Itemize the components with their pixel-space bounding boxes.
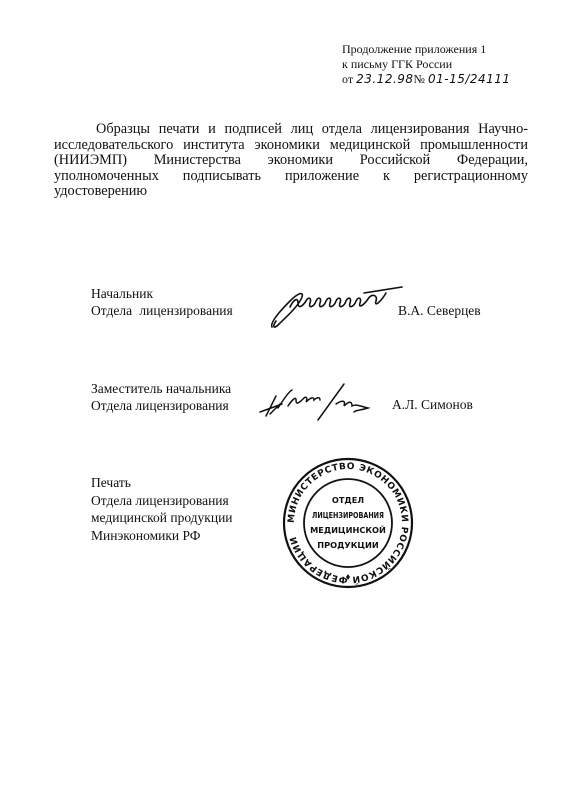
signatory-1-title-line-2: Отдела лицензирования <box>91 302 233 319</box>
letter-number: 01-15/24111 <box>428 72 511 86</box>
stamp-label: Печать Отдела лицензирования медицинской… <box>91 474 233 544</box>
header-line-3: от 23.12.98№ 01-15/24111 <box>342 72 511 87</box>
signatory-1-title-line-1: Начальник <box>91 285 233 302</box>
stamp-inner-line-2: ЛИЦЕНЗИРОВАНИЯ <box>312 510 384 520</box>
signatory-2-name: А.Л. Симонов <box>392 397 473 413</box>
stamp-inner-line-1: ОТДЕЛ <box>332 495 364 505</box>
letter-date: 23.12.98 <box>356 72 413 86</box>
signatory-2-title-line-1: Заместитель начальника <box>91 380 231 397</box>
signature-2-icon <box>258 378 378 428</box>
signature-1-icon <box>268 283 408 333</box>
stamp-label-line-3: медицинской продукции <box>91 509 233 527</box>
number-prefix: № <box>414 72 428 86</box>
document-header: Продолжение приложения 1 к письму ГГК Ро… <box>342 42 511 87</box>
intro-paragraph: Образцы печати и подписей лиц отдела лиц… <box>54 122 528 200</box>
stamp-inner-line-3: МЕДИЦИНСКОЙ <box>310 524 386 535</box>
stamp-label-line-2: Отдела лицензирования <box>91 492 233 510</box>
header-from-prefix: от <box>342 72 356 86</box>
header-line-1: Продолжение приложения 1 <box>342 42 511 57</box>
signatory-2-title-line-2: Отдела лицензирования <box>91 397 231 414</box>
stamp-inner-line-4: ПРОДУКЦИИ <box>317 540 379 550</box>
intro-text: Образцы печати и подписей лиц отдела лиц… <box>54 122 528 200</box>
header-line-2: к письму ГГК России <box>342 57 511 72</box>
stamp-label-line-1: Печать <box>91 474 233 492</box>
signatory-1-title: Начальник Отдела лицензирования <box>91 285 233 319</box>
stamp-label-line-4: Минэкономики РФ <box>91 527 233 545</box>
signatory-1-name: В.А. Северцев <box>398 303 481 319</box>
signatory-2-title: Заместитель начальника Отдела лицензиров… <box>91 380 231 414</box>
official-stamp-icon: МИНИСТЕРСТВО ЭКОНОМИКИ РОССИЙСКОЙ ФЕДЕРА… <box>280 455 416 591</box>
